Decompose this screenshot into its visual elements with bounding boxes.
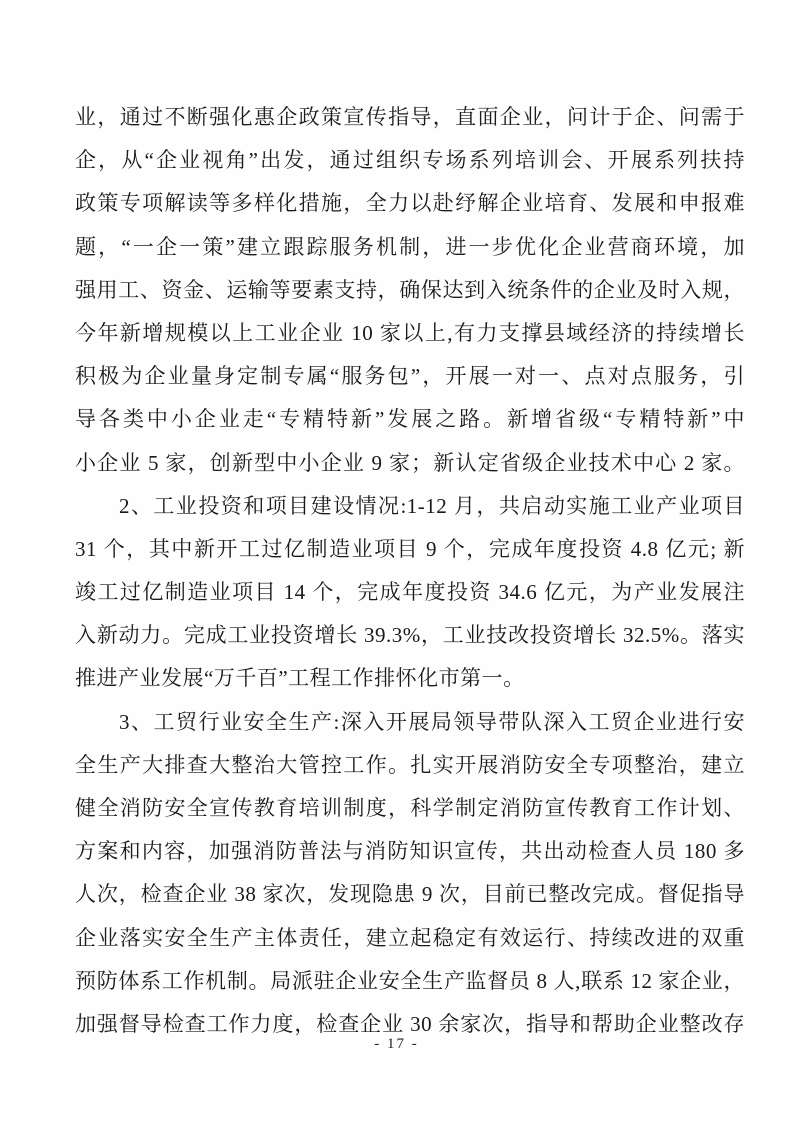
text-line: 竣工过亿制造业项目 14 个，完成年度投资 34.6 亿元，为产业发展注 xyxy=(75,571,745,614)
text-line: 人次，检查企业 38 家次，发现隐患 9 次，目前已整改完成。督促指导 xyxy=(75,873,745,916)
text-line: 企，从“企业视角”出发，通过组织专场系列培训会、开展系列扶持 xyxy=(75,139,745,182)
text-line: 全生产大排查大整治大管控工作。扎实开展消防安全专项整治，建立 xyxy=(75,744,745,787)
paragraph-start-line: 2、工业投资和项目建设情况:1-12 月，共启动实施工业产业项目 xyxy=(75,485,745,528)
text-line: 今年新增规模以上工业企业 10 家以上,有力支撑县域经济的持续增长 xyxy=(75,312,745,355)
text-line: 积极为企业量身定制专属“服务包”，开展一对一、点对点服务，引 xyxy=(75,355,745,398)
text-line: 业，通过不断强化惠企政策宣传指导，直面企业，问计于企、问需于 xyxy=(75,96,745,139)
text-line: 强用工、资金、运输等要素支持，确保达到入统条件的企业及时入规， xyxy=(75,269,745,312)
text-line: 31 个，其中新开工过亿制造业项目 9 个，完成年度投资 4.8 亿元; 新 xyxy=(75,528,745,571)
text-line: 方案和内容，加强消防普法与消防知识宣传，共出动检查人员 180 多 xyxy=(75,830,745,873)
text-line: 健全消防安全宣传教育培训制度，科学制定消防宣传教育工作计划、 xyxy=(75,787,745,830)
text-line: 企业落实安全生产主体责任，建立起稳定有效运行、持续改进的双重 xyxy=(75,917,745,960)
text-line: 导各类中小企业走“专精特新”发展之路。新增省级“专精特新”中 xyxy=(75,398,745,441)
text-line: 题，“一企一策”建立跟踪服务机制，进一步优化企业营商环境，加 xyxy=(75,226,745,269)
text-line: 预防体系工作机制。局派驻企业安全生产监督员 8 人,联系 12 家企业， xyxy=(75,960,745,1003)
text-line: 政策专项解读等多样化措施，全力以赴纾解企业培育、发展和申报难 xyxy=(75,182,745,225)
text-line: 小企业 5 家，创新型中小企业 9 家；新认定省级企业技术中心 2 家。 xyxy=(75,442,745,485)
text-line: 入新动力。完成工业投资增长 39.3%，工业技改投资增长 32.5%。落实 xyxy=(75,614,745,657)
page-number: - 17 - xyxy=(0,1036,793,1053)
paragraph-start-line: 3、工贸行业安全生产:深入开展局领导带队深入工贸企业进行安 xyxy=(75,701,745,744)
paragraph-end-line: 推进产业发展“万千百”工程工作排怀化市第一。 xyxy=(75,657,745,700)
body-text: 业，通过不断强化惠企政策宣传指导，直面企业，问计于企、问需于 企，从“企业视角”… xyxy=(75,96,745,1046)
document-page: 业，通过不断强化惠企政策宣传指导，直面企业，问计于企、问需于 企，从“企业视角”… xyxy=(0,0,793,1122)
